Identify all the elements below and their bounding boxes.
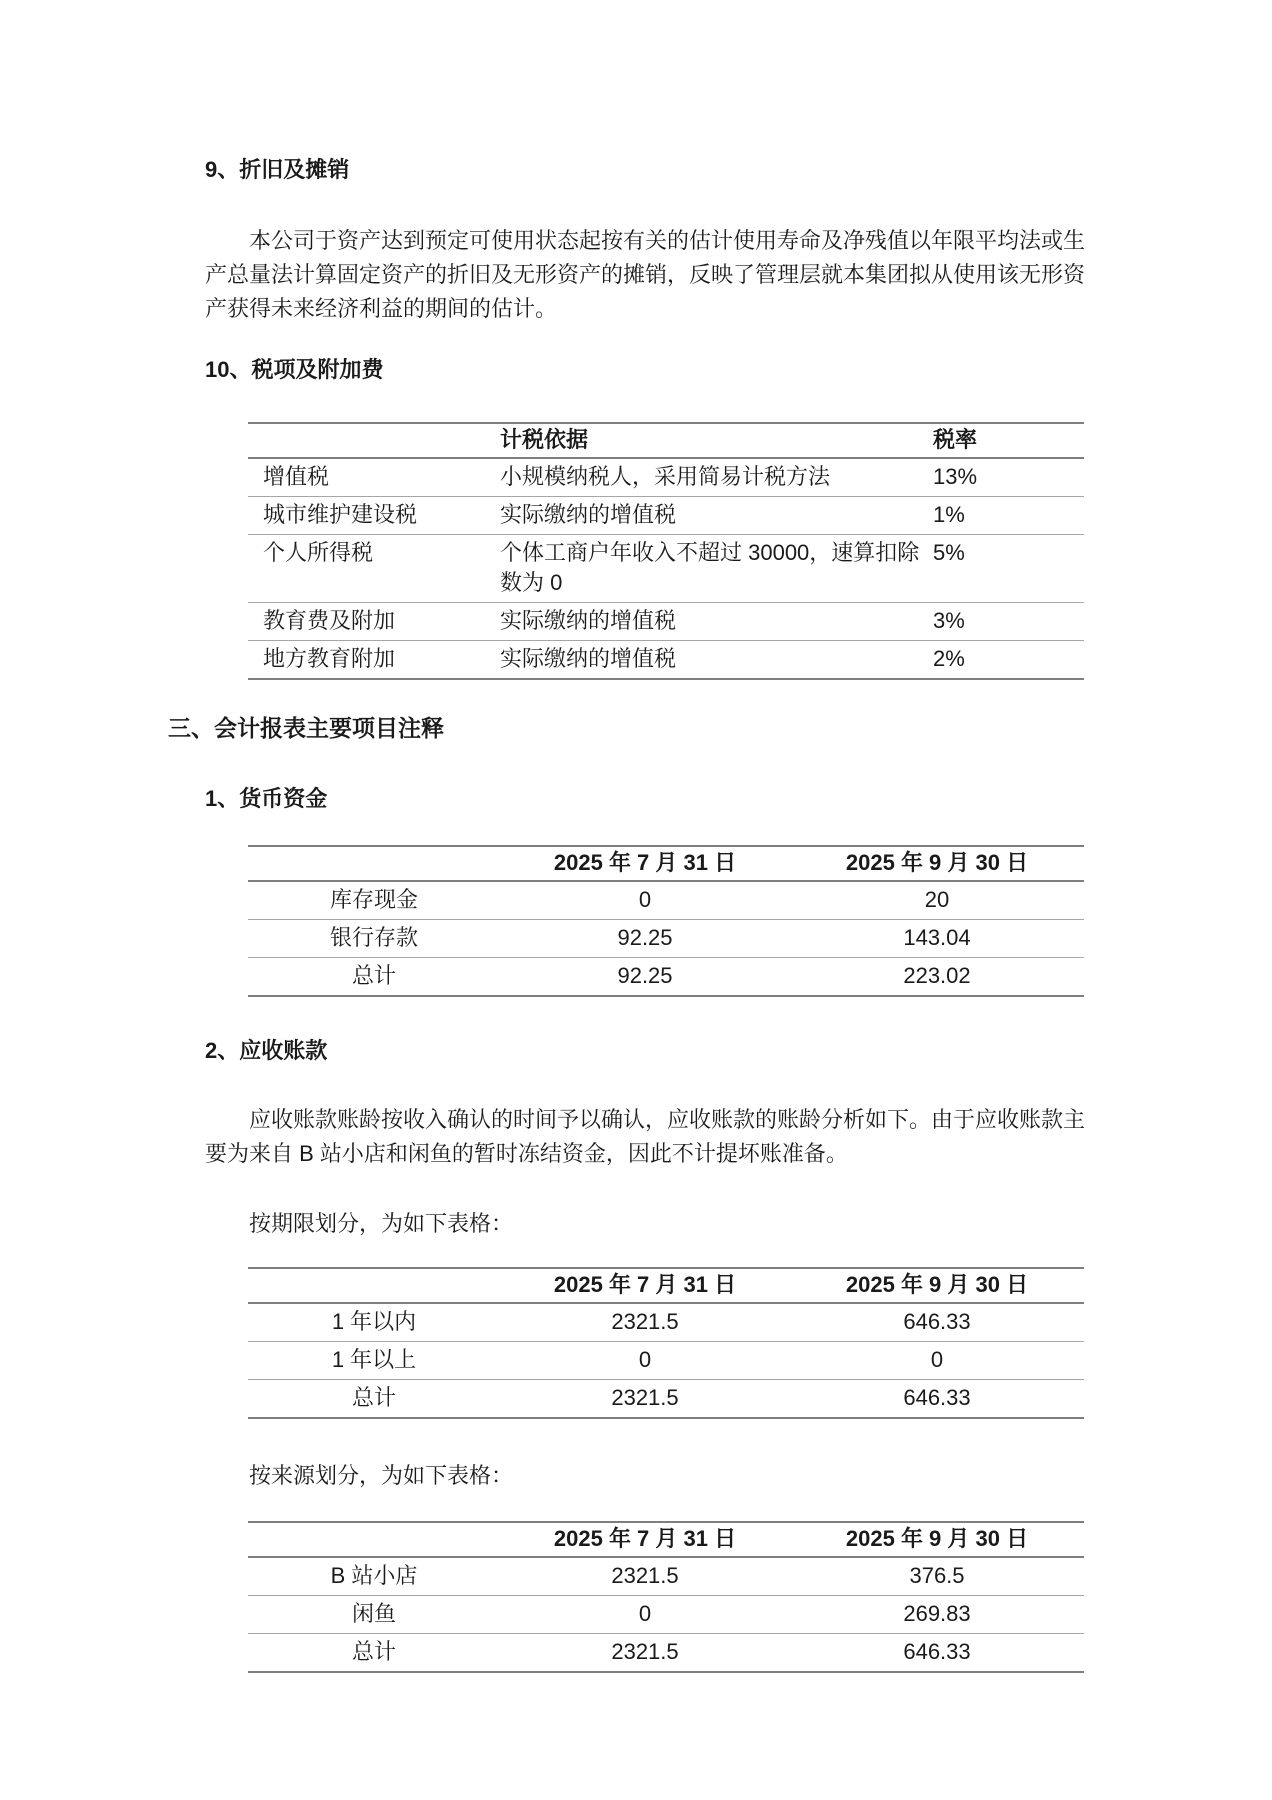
label-by-term: 按期限划分，为如下表格： xyxy=(205,1207,1085,1241)
cell: 2321.5 xyxy=(500,1634,790,1673)
heading-monetary-funds: 1、货币资金 xyxy=(205,785,1272,813)
table-header-row: 2025 年 7 月 31 日 2025 年 9 月 30 日 xyxy=(248,846,1084,881)
cell: 2321.5 xyxy=(500,1380,790,1419)
header-cell: 计税依据 xyxy=(500,423,933,458)
cell: 总计 xyxy=(248,1380,500,1419)
cell: 小规模纳税人，采用简易计税方法 xyxy=(500,458,933,497)
table-row: 总计 2321.5 646.33 xyxy=(248,1380,1084,1419)
cell: 1 年以上 xyxy=(248,1342,500,1380)
header-cell xyxy=(248,423,500,458)
cell: 5% xyxy=(933,535,1084,603)
cell: 个体工商户年收入不超过 30000，速算扣除数为 0 xyxy=(500,535,933,603)
cell: 1 年以内 xyxy=(248,1303,500,1342)
table-header-row: 2025 年 7 月 31 日 2025 年 9 月 30 日 xyxy=(248,1268,1084,1303)
cell: 教育费及附加 xyxy=(248,603,500,641)
cell: 实际缴纳的增值税 xyxy=(500,603,933,641)
table-header-row: 计税依据 税率 xyxy=(248,423,1084,458)
cell: 3% xyxy=(933,603,1084,641)
heading-tax-surcharges: 10、税项及附加费 xyxy=(205,356,1272,384)
header-cell xyxy=(248,846,500,881)
table-row: 教育费及附加 实际缴纳的增值税 3% xyxy=(248,603,1084,641)
table-row: 城市维护建设税 实际缴纳的增值税 1% xyxy=(248,497,1084,535)
header-cell: 2025 年 9 月 30 日 xyxy=(790,1268,1084,1303)
cell: 银行存款 xyxy=(248,920,500,958)
table-row: 1 年以上 0 0 xyxy=(248,1342,1084,1380)
cell: 总计 xyxy=(248,958,500,997)
cell: 0 xyxy=(500,1342,790,1380)
table-row: 总计 92.25 223.02 xyxy=(248,958,1084,997)
table-row: 增值税 小规模纳税人，采用简易计税方法 13% xyxy=(248,458,1084,497)
table-row: 闲鱼 0 269.83 xyxy=(248,1596,1084,1634)
cell: 143.04 xyxy=(790,920,1084,958)
heading-notes-section: 三、会计报表主要项目注释 xyxy=(168,714,1272,743)
cell: 13% xyxy=(933,458,1084,497)
cell: 646.33 xyxy=(790,1380,1084,1419)
table-row: B 站小店 2321.5 376.5 xyxy=(248,1557,1084,1596)
table-row: 银行存款 92.25 143.04 xyxy=(248,920,1084,958)
cell: 376.5 xyxy=(790,1557,1084,1596)
header-cell: 税率 xyxy=(933,423,1084,458)
cell: 个人所得税 xyxy=(248,535,500,603)
table-row: 库存现金 0 20 xyxy=(248,881,1084,920)
table-row: 个人所得税 个体工商户年收入不超过 30000，速算扣除数为 0 5% xyxy=(248,535,1084,603)
cell: 闲鱼 xyxy=(248,1596,500,1634)
cell: 646.33 xyxy=(790,1303,1084,1342)
header-cell: 2025 年 7 月 31 日 xyxy=(500,846,790,881)
label-by-source: 按来源划分，为如下表格： xyxy=(205,1459,1085,1493)
table-header-row: 2025 年 7 月 31 日 2025 年 9 月 30 日 xyxy=(248,1522,1084,1557)
receivable-aging-table: 2025 年 7 月 31 日 2025 年 9 月 30 日 1 年以内 23… xyxy=(248,1267,1084,1419)
cell: 2321.5 xyxy=(500,1557,790,1596)
cell: 1% xyxy=(933,497,1084,535)
header-cell: 2025 年 7 月 31 日 xyxy=(500,1522,790,1557)
cell: 92.25 xyxy=(500,958,790,997)
header-cell: 2025 年 9 月 30 日 xyxy=(790,1522,1084,1557)
cell: 646.33 xyxy=(790,1634,1084,1673)
table-row: 1 年以内 2321.5 646.33 xyxy=(248,1303,1084,1342)
cell: 总计 xyxy=(248,1634,500,1673)
monetary-funds-table: 2025 年 7 月 31 日 2025 年 9 月 30 日 库存现金 0 2… xyxy=(248,845,1084,997)
tax-table: 计税依据 税率 增值税 小规模纳税人，采用简易计税方法 13% 城市维护建设税 … xyxy=(248,422,1084,680)
cell: 92.25 xyxy=(500,920,790,958)
table-row: 地方教育附加 实际缴纳的增值税 2% xyxy=(248,641,1084,680)
cell: 2321.5 xyxy=(500,1303,790,1342)
header-cell: 2025 年 9 月 30 日 xyxy=(790,846,1084,881)
heading-accounts-receivable: 2、应收账款 xyxy=(205,1037,1272,1065)
table-row: 总计 2321.5 646.33 xyxy=(248,1634,1084,1673)
cell: 增值税 xyxy=(248,458,500,497)
financial-notes-page: 9、折旧及摊销 本公司于资产达到预定可使用状态起按有关的估计使用寿命及净残值以年… xyxy=(0,0,1272,1800)
cell: 地方教育附加 xyxy=(248,641,500,680)
cell: 2% xyxy=(933,641,1084,680)
cell: 0 xyxy=(500,881,790,920)
cell: 实际缴纳的增值税 xyxy=(500,497,933,535)
cell: 实际缴纳的增值税 xyxy=(500,641,933,680)
header-cell xyxy=(248,1522,500,1557)
receivable-source-table: 2025 年 7 月 31 日 2025 年 9 月 30 日 B 站小店 23… xyxy=(248,1521,1084,1673)
cell: 城市维护建设税 xyxy=(248,497,500,535)
heading-depreciation: 9、折旧及摊销 xyxy=(205,156,1272,184)
cell: 269.83 xyxy=(790,1596,1084,1634)
cell: 0 xyxy=(500,1596,790,1634)
header-cell xyxy=(248,1268,500,1303)
paragraph-depreciation: 本公司于资产达到预定可使用状态起按有关的估计使用寿命及净残值以年限平均法或生产总… xyxy=(205,224,1085,326)
paragraph-accounts-receivable: 应收账款账龄按收入确认的时间予以确认，应收账款的账龄分析如下。由于应收账款主要为… xyxy=(205,1103,1085,1171)
cell: 库存现金 xyxy=(248,881,500,920)
cell: 20 xyxy=(790,881,1084,920)
cell: 0 xyxy=(790,1342,1084,1380)
cell: B 站小店 xyxy=(248,1557,500,1596)
header-cell: 2025 年 7 月 31 日 xyxy=(500,1268,790,1303)
cell: 223.02 xyxy=(790,958,1084,997)
